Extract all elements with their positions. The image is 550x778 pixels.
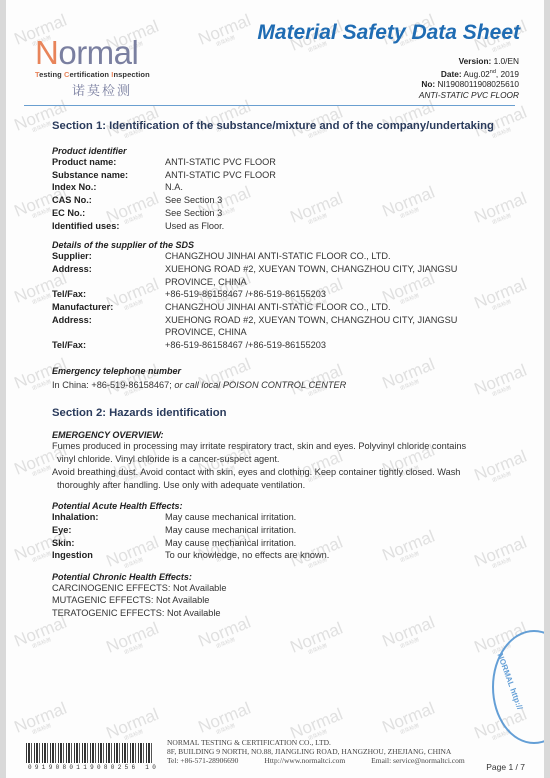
- row-value: PROVINCE, CHINA: [165, 326, 247, 339]
- product-identifier-table: Product name:ANTI-STATIC PVC FLOORSubsta…: [52, 156, 522, 232]
- acute-effects-table: Inhalation:May cause mechanical irritati…: [52, 511, 522, 562]
- row-value: May cause mechanical irritation.: [165, 524, 296, 537]
- barcode: [26, 743, 153, 763]
- row-value: XUEHONG ROAD #2, XUEYAN TOWN, CHANGZHOU …: [165, 314, 457, 327]
- number-line: No: NI1908011908025610: [419, 79, 519, 90]
- tagline-word: ertification: [70, 70, 112, 79]
- row-value: +86-519-86158467 /+86-519-86155203: [165, 339, 326, 352]
- chronic-effects-heading: Potential Chronic Health Effects:: [52, 572, 522, 582]
- row-label: [52, 276, 165, 289]
- footer-company-info: NORMAL TESTING & CERTIFICATION CO., LTD.…: [167, 738, 465, 766]
- row-value: See Section 3: [165, 207, 222, 220]
- footer-email-link[interactable]: Email: service@normaltci.com: [371, 756, 465, 765]
- chronic-effect-line: CARCINOGENIC EFFECTS: Not Available: [52, 582, 522, 594]
- emergency-overview-heading: EMERGENCY OVERVIEW:: [52, 430, 522, 440]
- acute-effect-row: Skin:May cause mechanical irritation.: [52, 537, 522, 550]
- row-label: Ingestion: [52, 549, 165, 562]
- row-label: Skin:: [52, 537, 165, 550]
- supplier-heading: Details of the supplier of the SDS: [52, 240, 522, 250]
- page-number: Page 1 / 7: [486, 762, 525, 772]
- row-label: Eye:: [52, 524, 165, 537]
- row-label: Address:: [52, 314, 165, 327]
- logo-tagline: Testing Certification Inspection: [35, 70, 150, 79]
- emergency-text: In China: +86-519-86158467; or call loca…: [52, 379, 522, 391]
- row-value: May cause mechanical irritation.: [165, 537, 296, 550]
- supplier-row: Address:XUEHONG ROAD #2, XUEYAN TOWN, CH…: [52, 314, 522, 327]
- section2-title: Section 2: Hazards identification: [52, 407, 522, 419]
- supplier-row: Supplier:CHANGZHOU JINHAI ANTI-STATIC FL…: [52, 250, 522, 263]
- logo-rest: ormal: [58, 34, 138, 71]
- row-label: Product name:: [52, 156, 165, 169]
- overview-line: Fumes produced in processing may irritat…: [52, 440, 522, 453]
- emergency-overview-text: Fumes produced in processing may irritat…: [52, 440, 522, 491]
- overview-line: thoroughly after handling. Use only with…: [52, 479, 522, 492]
- section1-title: Section 1: Identification of the substan…: [52, 120, 522, 132]
- watermark-text: Normal诺莫检测: [103, 619, 163, 662]
- header-divider: [24, 105, 515, 106]
- acute-effect-row: Inhalation:May cause mechanical irritati…: [52, 511, 522, 524]
- identifier-row: CAS No.:See Section 3: [52, 194, 522, 207]
- footer-website-link[interactable]: Http://www.normaltci.com: [264, 756, 345, 765]
- product-caption: ANTI-STATIC PVC FLOOR: [419, 90, 519, 101]
- emergency-note: or call local POISON CONTROL CENTER: [174, 380, 346, 390]
- footer-company-name: NORMAL TESTING & CERTIFICATION CO., LTD.: [167, 738, 465, 747]
- page-footer: 0919080119080256 10 NORMAL TESTING & CER…: [20, 732, 540, 778]
- emergency-phone: In China: +86-519-86158467;: [52, 380, 174, 390]
- row-value: +86-519-86158467 /+86-519-86155203: [165, 288, 326, 301]
- overview-line: vinyl chloride. Vinyl chloride is a canc…: [52, 453, 522, 466]
- row-label: EC No.:: [52, 207, 165, 220]
- row-value: CHANGZHOU JINHAI ANTI-STATIC FLOOR CO., …: [165, 250, 391, 263]
- logo-wordmark: Normal: [35, 36, 150, 69]
- row-value: Used as Floor.: [165, 220, 224, 233]
- supplier-row: Tel/Fax:+86-519-86158467 /+86-519-861552…: [52, 339, 522, 352]
- company-logo: Normal Testing Certification Inspection …: [35, 36, 150, 99]
- row-value: To our knowledge, no effects are known.: [165, 549, 329, 562]
- certification-stamp: NORMAL http://: [492, 630, 544, 744]
- row-value: See Section 3: [165, 194, 222, 207]
- acute-effect-row: Eye:May cause mechanical irritation.: [52, 524, 522, 537]
- tagline-word: esting: [39, 70, 64, 79]
- row-value: ANTI-STATIC PVC FLOOR: [165, 156, 276, 169]
- logo-chinese-name: 诺莫检测: [72, 80, 150, 99]
- identifier-row: Identified uses:Used as Floor.: [52, 220, 522, 233]
- supplier-row: PROVINCE, CHINA: [52, 326, 522, 339]
- chronic-effect-line: TERATOGENIC EFFECTS: Not Available: [52, 607, 522, 619]
- barcode-number: 0919080119080256 10: [28, 764, 159, 771]
- row-value: PROVINCE, CHINA: [165, 276, 247, 289]
- row-label: Substance name:: [52, 169, 165, 182]
- row-value: CHANGZHOU JINHAI ANTI-STATIC FLOOR CO., …: [165, 301, 391, 314]
- logo-initial: N: [35, 34, 58, 71]
- footer-contact-line: Tel: +86-571-28906690 Http://www.normalt…: [167, 756, 465, 765]
- identifier-row: Substance name:ANTI-STATIC PVC FLOOR: [52, 169, 522, 182]
- identifier-row: Product name:ANTI-STATIC PVC FLOOR: [52, 156, 522, 169]
- product-identifier-heading: Product identifier: [52, 146, 522, 156]
- number-value: NI1908011908025610: [437, 79, 519, 89]
- identifier-row: EC No.:See Section 3: [52, 207, 522, 220]
- date-line: Date: Aug.02nd, 2019: [419, 67, 519, 80]
- supplier-row: Tel/Fax:+86-519-86158467 /+86-519-861552…: [52, 288, 522, 301]
- row-label: Tel/Fax:: [52, 339, 165, 352]
- row-label: Index No.:: [52, 181, 165, 194]
- version-value: 1.0/EN: [494, 56, 519, 66]
- overview-line: Avoid breathing dust. Avoid contact with…: [52, 466, 522, 479]
- emergency-heading: Emergency telephone number: [52, 366, 522, 376]
- footer-address: 8F, BUILDING 9 NORTH, NO.88, JIANGLING R…: [167, 747, 465, 756]
- chronic-effect-line: MUTAGENIC EFFECTS: Not Available: [52, 594, 522, 606]
- version-line: Version: 1.0/EN: [419, 56, 519, 67]
- row-label: [52, 326, 165, 339]
- supplier-table: Supplier:CHANGZHOU JINHAI ANTI-STATIC FL…: [52, 250, 522, 352]
- number-label: No:: [421, 79, 435, 89]
- supplier-row: PROVINCE, CHINA: [52, 276, 522, 289]
- chronic-effects-list: CARCINOGENIC EFFECTS: Not AvailableMUTAG…: [52, 582, 522, 619]
- date-year: , 2019: [496, 69, 519, 79]
- row-value: ANTI-STATIC PVC FLOOR: [165, 169, 276, 182]
- acute-effects-heading: Potential Acute Health Effects:: [52, 501, 522, 511]
- document-title: Material Safety Data Sheet: [257, 21, 520, 45]
- row-label: CAS No.:: [52, 194, 165, 207]
- document-meta: Version: 1.0/EN Date: Aug.02nd, 2019 No:…: [419, 56, 519, 101]
- supplier-row: Manufacturer:CHANGZHOU JINHAI ANTI-STATI…: [52, 301, 522, 314]
- row-label: Address:: [52, 263, 165, 276]
- date-label: Date:: [441, 69, 462, 79]
- row-label: Supplier:: [52, 250, 165, 263]
- row-value: May cause mechanical irritation.: [165, 511, 296, 524]
- row-label: Inhalation:: [52, 511, 165, 524]
- watermark-text: Normal诺莫检测: [195, 11, 255, 54]
- stamp-text: NORMAL http://: [496, 652, 525, 711]
- row-label: Identified uses:: [52, 220, 165, 233]
- row-label: Manufacturer:: [52, 301, 165, 314]
- row-label: Tel/Fax:: [52, 288, 165, 301]
- acute-effect-row: IngestionTo our knowledge, no effects ar…: [52, 549, 522, 562]
- date-value: Aug.02: [464, 69, 490, 79]
- row-value: N.A.: [165, 181, 183, 194]
- identifier-row: Index No.:N.A.: [52, 181, 522, 194]
- document-body: Section 1: Identification of the substan…: [52, 120, 522, 619]
- footer-tel: Tel: +86-571-28906690: [167, 756, 238, 765]
- row-value: XUEHONG ROAD #2, XUEYAN TOWN, CHANGZHOU …: [165, 263, 457, 276]
- watermark-text: Normal诺莫检测: [287, 619, 347, 662]
- tagline-word: nspection: [113, 70, 149, 79]
- document-page: Normal诺莫检测Normal诺莫检测Normal诺莫检测Normal诺莫检测…: [6, 0, 544, 778]
- supplier-row: Address:XUEHONG ROAD #2, XUEYAN TOWN, CH…: [52, 263, 522, 276]
- version-label: Version:: [459, 56, 492, 66]
